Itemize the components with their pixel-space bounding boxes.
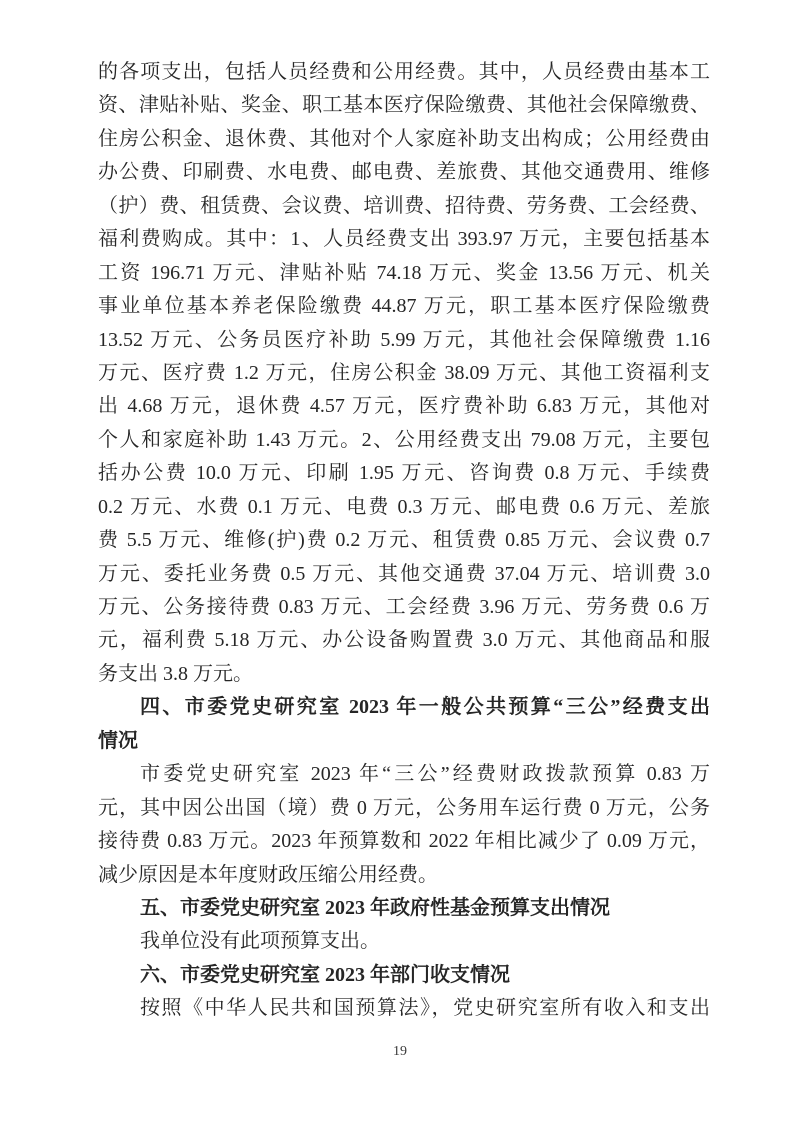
text-line: 务支出 3.8 万元。: [98, 658, 710, 691]
text-line: 括办公费 10.0 万元、印刷 1.95 万元、咨询费 0.8 万元、手续费: [98, 457, 710, 490]
section-heading-line: 情况: [98, 725, 710, 758]
text-line: 按照《中华人民共和国预算法》，党史研究室所有收入和支出: [98, 992, 710, 1025]
page-number: 19: [0, 1044, 800, 1060]
text-line: 住房公积金、退休费、其他对个人家庭补助支出构成；公用经费由: [98, 123, 710, 156]
text-line: 资、津贴补贴、奖金、职工基本医疗保险缴费、其他社会保障缴费、: [98, 89, 710, 122]
section-heading-line: 五、市委党史研究室 2023 年政府性基金预算支出情况: [98, 892, 710, 925]
text-line: （护）费、租赁费、会议费、培训费、招待费、劳务费、工会经费、: [98, 190, 710, 223]
text-line: 办公费、印刷费、水电费、邮电费、差旅费、其他交通费用、维修: [98, 156, 710, 189]
text-line: 万元、公务接待费 0.83 万元、工会经费 3.96 万元、劳务费 0.6 万: [98, 591, 710, 624]
document-page: 的各项支出，包括人员经费和公用经费。其中，人员经费由基本工资、津贴补贴、奖金、职…: [0, 0, 800, 1131]
text-line: 万元、医疗费 1.2 万元，住房公积金 38.09 万元、其他工资福利支: [98, 357, 710, 390]
text-line: 元，其中因公出国（境）费 0 万元，公务用车运行费 0 万元，公务: [98, 792, 710, 825]
text-line: 减少原因是本年度财政压缩公用经费。: [98, 859, 710, 892]
text-line: 万元、委托业务费 0.5 万元、其他交通费 37.04 万元、培训费 3.0: [98, 558, 710, 591]
text-line: 费 5.5 万元、维修(护)费 0.2 万元、租赁费 0.85 万元、会议费 0…: [98, 524, 710, 557]
document-body: 的各项支出，包括人员经费和公用经费。其中，人员经费由基本工资、津贴补贴、奖金、职…: [98, 56, 710, 1026]
text-line: 市委党史研究室 2023 年“三公”经费财政拨款预算 0.83 万: [98, 758, 710, 791]
text-line: 元，福利费 5.18 万元、办公设备购置费 3.0 万元、其他商品和服: [98, 624, 710, 657]
text-line: 我单位没有此项预算支出。: [98, 925, 710, 958]
text-line: 事业单位基本养老保险缴费 44.87 万元，职工基本医疗保险缴费: [98, 290, 710, 323]
text-line: 0.2 万元、水费 0.1 万元、电费 0.3 万元、邮电费 0.6 万元、差旅: [98, 491, 710, 524]
text-line: 工资 196.71 万元、津贴补贴 74.18 万元、奖金 13.56 万元、机…: [98, 257, 710, 290]
section-heading-line: 六、市委党史研究室 2023 年部门收支情况: [98, 959, 710, 992]
section-heading-line: 四、市委党史研究室 2023 年一般公共预算“三公”经费支出: [98, 691, 710, 724]
text-line: 接待费 0.83 万元。2023 年预算数和 2022 年相比减少了 0.09 …: [98, 825, 710, 858]
text-line: 个人和家庭补助 1.43 万元。2、公用经费支出 79.08 万元，主要包: [98, 424, 710, 457]
text-line: 的各项支出，包括人员经费和公用经费。其中，人员经费由基本工: [98, 56, 710, 89]
text-line: 福利费购成。其中：1、人员经费支出 393.97 万元，主要包括基本: [98, 223, 710, 256]
text-line: 13.52 万元、公务员医疗补助 5.99 万元，其他社会保障缴费 1.16: [98, 324, 710, 357]
text-line: 出 4.68 万元，退休费 4.57 万元，医疗费补助 6.83 万元，其他对: [98, 390, 710, 423]
